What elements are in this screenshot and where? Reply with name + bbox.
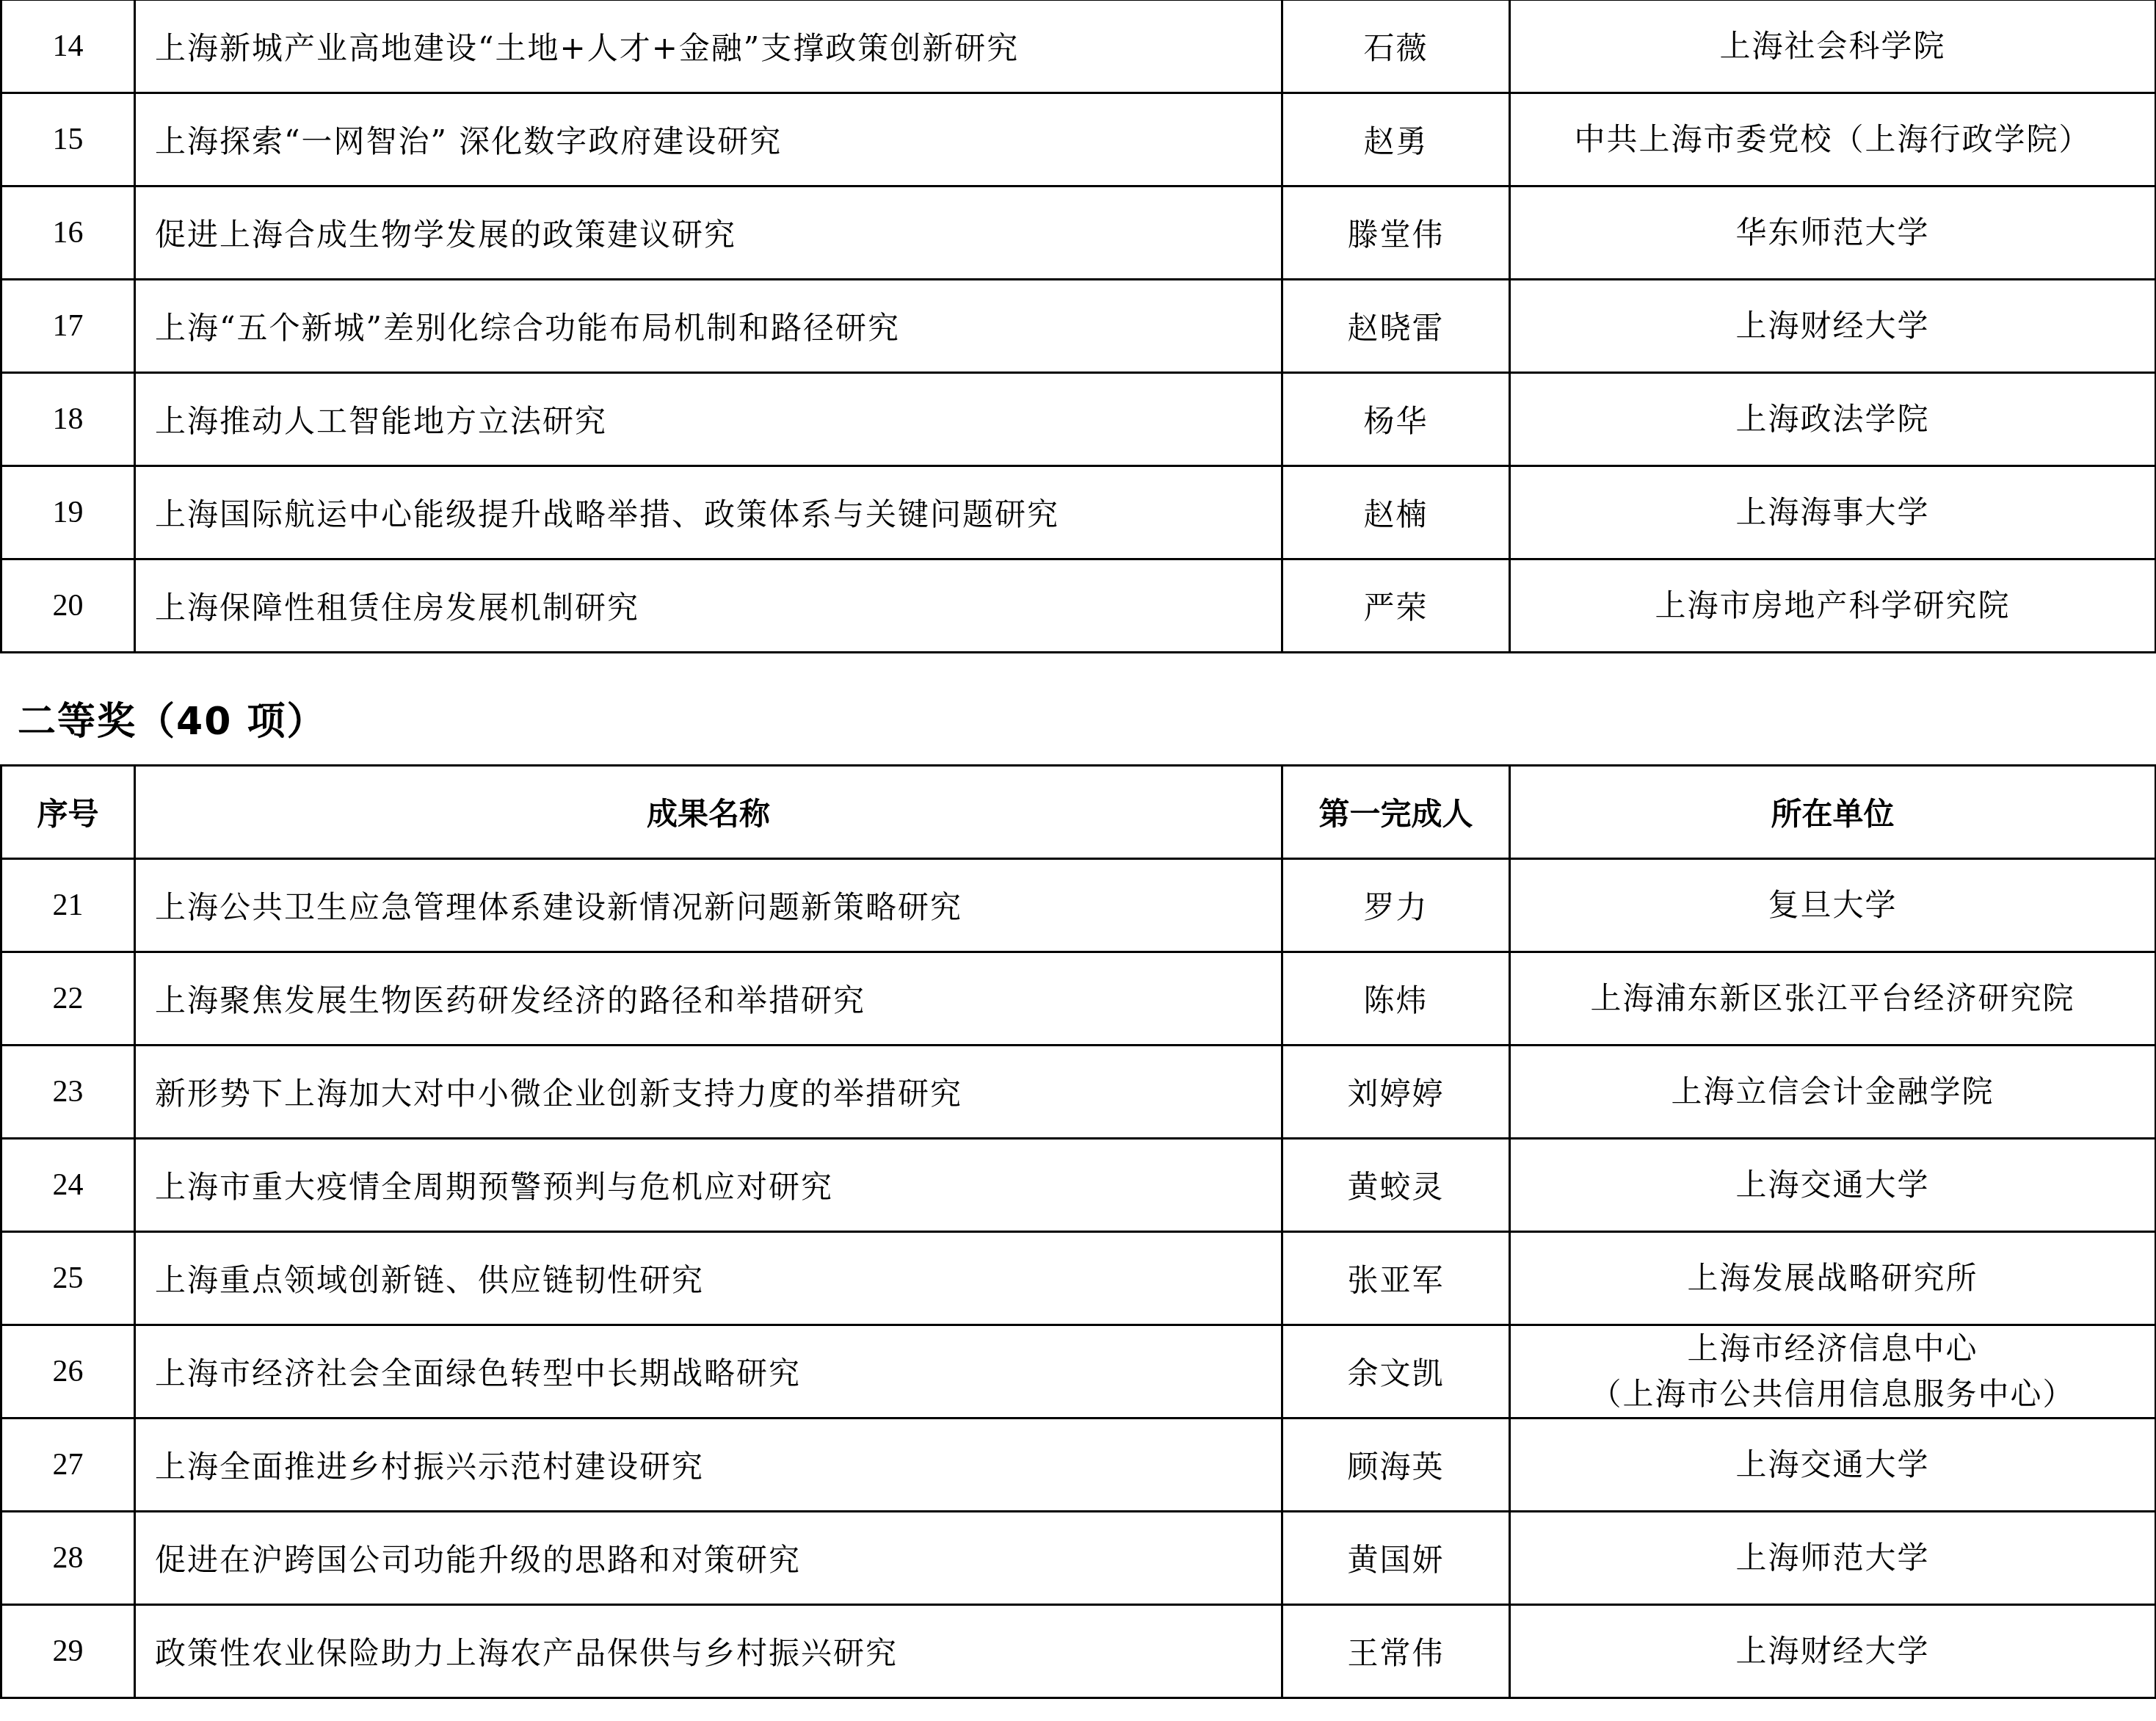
affiliation-line: 上海社会科学院 [1511, 23, 2155, 69]
first-author: 滕堂伟 [1282, 186, 1510, 280]
row-number: 29 [1, 1605, 135, 1698]
row-number: 19 [1, 466, 135, 559]
affiliation: 上海师范大学 [1510, 1512, 2156, 1605]
affiliation-line: 上海政法学院 [1511, 396, 2155, 442]
first-author: 石薇 [1282, 0, 1510, 93]
affiliation-line: 上海市房地产科学研究院 [1511, 583, 2155, 628]
row-number: 28 [1, 1512, 135, 1605]
first-author: 罗力 [1282, 859, 1510, 952]
achievement-title: 上海新城产业高地建设“土地+人才+金融”支撑政策创新研究 [135, 0, 1282, 93]
affiliation-line: 上海交通大学 [1511, 1162, 2155, 1208]
table-row: 19上海国际航运中心能级提升战略举措、政策体系与关键问题研究赵楠上海海事大学 [1, 466, 2156, 559]
affiliation-line: 华东师范大学 [1511, 210, 2155, 256]
affiliation-line: 上海师范大学 [1511, 1535, 2155, 1581]
affiliation: 上海财经大学 [1510, 1605, 2156, 1698]
affiliation-line: 上海海事大学 [1511, 490, 2155, 535]
achievement-title: 促进在沪跨国公司功能升级的思路和对策研究 [135, 1512, 1282, 1605]
first-author: 黄国妍 [1282, 1512, 1510, 1605]
affiliation-line: 上海立信会计金融学院 [1511, 1069, 2155, 1115]
affiliation: 上海政法学院 [1510, 373, 2156, 466]
row-number: 21 [1, 859, 135, 952]
header-num: 序号 [1, 766, 135, 859]
table-row: 27上海全面推进乡村振兴示范村建设研究顾海英上海交通大学 [1, 1419, 2156, 1512]
row-number: 14 [1, 0, 135, 93]
header-title: 成果名称 [135, 766, 1282, 859]
affiliation: 复旦大学 [1510, 859, 2156, 952]
first-author: 张亚军 [1282, 1232, 1510, 1325]
section-heading-second-prize: 二等奖（40 项） [18, 690, 326, 745]
first-author: 赵勇 [1282, 93, 1510, 186]
affiliation: 上海交通大学 [1510, 1139, 2156, 1232]
table-row: 25上海重点领域创新链、供应链韧性研究张亚军上海发展战略研究所 [1, 1232, 2156, 1325]
achievement-title: 上海市重大疫情全周期预警预判与危机应对研究 [135, 1139, 1282, 1232]
table-row: 18上海推动人工智能地方立法研究杨华上海政法学院 [1, 373, 2156, 466]
achievement-title: 上海“五个新城”差别化综合功能布局机制和路径研究 [135, 280, 1282, 373]
first-author: 刘婷婷 [1282, 1046, 1510, 1139]
achievement-title: 上海推动人工智能地方立法研究 [135, 373, 1282, 466]
table-row: 24上海市重大疫情全周期预警预判与危机应对研究黄蛟灵上海交通大学 [1, 1139, 2156, 1232]
row-number: 22 [1, 952, 135, 1046]
achievement-title: 政策性农业保险助力上海农产品保供与乡村振兴研究 [135, 1605, 1282, 1698]
table-row: 28促进在沪跨国公司功能升级的思路和对策研究黄国妍上海师范大学 [1, 1512, 2156, 1605]
affiliation-line: 中共上海市委党校（上海行政学院） [1511, 117, 2155, 162]
first-prize-table-continued: 14上海新城产业高地建设“土地+人才+金融”支撑政策创新研究石薇上海社会科学院1… [0, 0, 2156, 653]
achievement-title: 上海聚焦发展生物医药研发经济的路径和举措研究 [135, 952, 1282, 1046]
header-unit: 所在单位 [1510, 766, 2156, 859]
achievement-title: 上海保障性租赁住房发展机制研究 [135, 559, 1282, 653]
affiliation: 上海立信会计金融学院 [1510, 1046, 2156, 1139]
first-author: 赵晓雷 [1282, 280, 1510, 373]
first-author: 杨华 [1282, 373, 1510, 466]
affiliation: 上海市房地产科学研究院 [1510, 559, 2156, 653]
first-table-body: 14上海新城产业高地建设“土地+人才+金融”支撑政策创新研究石薇上海社会科学院1… [1, 0, 2156, 653]
affiliation-line: 上海财经大学 [1511, 1628, 2155, 1674]
row-number: 26 [1, 1325, 135, 1419]
first-author: 黄蛟灵 [1282, 1139, 1510, 1232]
second-prize-table: 序号 成果名称 第一完成人 所在单位 21上海公共卫生应急管理体系建设新情况新问… [0, 764, 2156, 1699]
table-row: 15上海探索“一网智治” 深化数字政府建设研究赵勇中共上海市委党校（上海行政学院… [1, 93, 2156, 186]
achievement-title: 新形势下上海加大对中小微企业创新支持力度的举措研究 [135, 1046, 1282, 1139]
table-row: 29政策性农业保险助力上海农产品保供与乡村振兴研究王常伟上海财经大学 [1, 1605, 2156, 1698]
header-person: 第一完成人 [1282, 766, 1510, 859]
row-number: 18 [1, 373, 135, 466]
affiliation-line: 上海市经济信息中心 [1511, 1326, 2155, 1372]
achievement-title: 上海公共卫生应急管理体系建设新情况新问题新策略研究 [135, 859, 1282, 952]
row-number: 17 [1, 280, 135, 373]
second-table-body: 21上海公共卫生应急管理体系建设新情况新问题新策略研究罗力复旦大学22上海聚焦发… [1, 859, 2156, 1698]
first-author: 赵楠 [1282, 466, 1510, 559]
achievement-title: 上海市经济社会全面绿色转型中长期战略研究 [135, 1325, 1282, 1419]
row-number: 25 [1, 1232, 135, 1325]
affiliation-line: 上海财经大学 [1511, 303, 2155, 349]
affiliation-line: （上海市公共信用信息服务中心） [1511, 1372, 2155, 1417]
affiliation: 中共上海市委党校（上海行政学院） [1510, 93, 2156, 186]
first-author: 严荣 [1282, 559, 1510, 653]
affiliation: 上海财经大学 [1510, 280, 2156, 373]
affiliation-line: 上海发展战略研究所 [1511, 1256, 2155, 1301]
table-row: 14上海新城产业高地建设“土地+人才+金融”支撑政策创新研究石薇上海社会科学院 [1, 0, 2156, 93]
table-row: 17上海“五个新城”差别化综合功能布局机制和路径研究赵晓雷上海财经大学 [1, 280, 2156, 373]
table-row: 26上海市经济社会全面绿色转型中长期战略研究余文凯上海市经济信息中心（上海市公共… [1, 1325, 2156, 1419]
table-row: 23新形势下上海加大对中小微企业创新支持力度的举措研究刘婷婷上海立信会计金融学院 [1, 1046, 2156, 1139]
affiliation: 华东师范大学 [1510, 186, 2156, 280]
affiliation: 上海市经济信息中心（上海市公共信用信息服务中心） [1510, 1325, 2156, 1419]
table-row: 20上海保障性租赁住房发展机制研究严荣上海市房地产科学研究院 [1, 559, 2156, 653]
table-row: 22上海聚焦发展生物医药研发经济的路径和举措研究陈炜上海浦东新区张江平台经济研究… [1, 952, 2156, 1046]
affiliation: 上海海事大学 [1510, 466, 2156, 559]
row-number: 24 [1, 1139, 135, 1232]
first-author: 顾海英 [1282, 1419, 1510, 1512]
first-author: 余文凯 [1282, 1325, 1510, 1419]
achievement-title: 促进上海合成生物学发展的政策建议研究 [135, 186, 1282, 280]
affiliation-line: 上海交通大学 [1511, 1442, 2155, 1488]
affiliation: 上海发展战略研究所 [1510, 1232, 2156, 1325]
affiliation-line: 复旦大学 [1511, 883, 2155, 928]
affiliation: 上海交通大学 [1510, 1419, 2156, 1512]
affiliation: 上海浦东新区张江平台经济研究院 [1510, 952, 2156, 1046]
first-author: 陈炜 [1282, 952, 1510, 1046]
row-number: 27 [1, 1419, 135, 1512]
achievement-title: 上海重点领域创新链、供应链韧性研究 [135, 1232, 1282, 1325]
achievement-title: 上海探索“一网智治” 深化数字政府建设研究 [135, 93, 1282, 186]
table-row: 21上海公共卫生应急管理体系建设新情况新问题新策略研究罗力复旦大学 [1, 859, 2156, 952]
table-header: 序号 成果名称 第一完成人 所在单位 [1, 766, 2156, 859]
row-number: 15 [1, 93, 135, 186]
achievement-title: 上海国际航运中心能级提升战略举措、政策体系与关键问题研究 [135, 466, 1282, 559]
header-row: 序号 成果名称 第一完成人 所在单位 [1, 766, 2156, 859]
affiliation: 上海社会科学院 [1510, 0, 2156, 93]
row-number: 16 [1, 186, 135, 280]
achievement-title: 上海全面推进乡村振兴示范村建设研究 [135, 1419, 1282, 1512]
row-number: 23 [1, 1046, 135, 1139]
affiliation-line: 上海浦东新区张江平台经济研究院 [1511, 976, 2155, 1021]
row-number: 20 [1, 559, 135, 653]
table-row: 16促进上海合成生物学发展的政策建议研究滕堂伟华东师范大学 [1, 186, 2156, 280]
first-author: 王常伟 [1282, 1605, 1510, 1698]
